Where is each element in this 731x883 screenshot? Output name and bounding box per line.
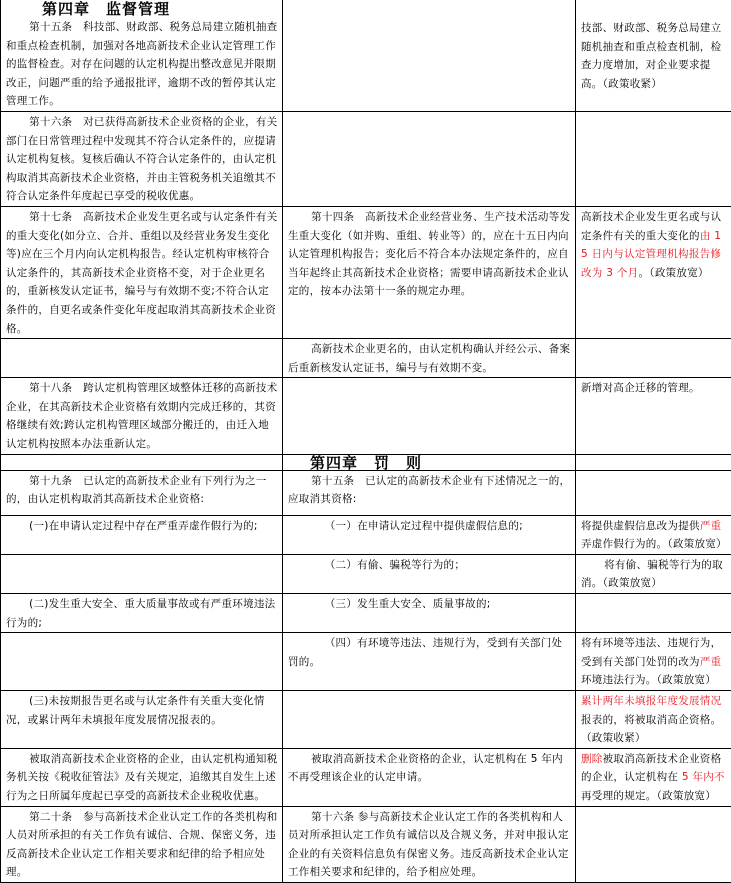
note-cell: [576, 470, 731, 515]
table-row: （四）有环境等违法、违规行为，受到有关部门处罚的。 将有环境等违法、违规行为，受…: [1, 633, 731, 691]
table-row: 第十九条 已认定的高新技术企业有下列行为之一的，由认定机构取消其高新技术企业资格…: [1, 470, 731, 515]
note-cell: [576, 454, 731, 470]
note-cell: 新增对高企迁移的管理。: [576, 378, 731, 454]
table-row: 第十八条 跨认定机构管理区域整体迁移的高新技术企业，在其高新技术企业资格有效期内…: [1, 378, 731, 454]
old-cell: [1, 454, 283, 470]
old-cell: 第四章 监督管理 第十五条 科技部、财政部、税务总局建立随机抽查和重点检查机制，…: [1, 0, 283, 111]
note-cell: [576, 339, 731, 378]
new-cell: [283, 111, 576, 206]
table-row: (三)未按期报告更名或与认定条件有关重大变化情况，或累计两年未填报年度发展情况报…: [1, 691, 731, 695]
table-row: (二)发生重大安全、重大质量事故或有严重环境违法行为的; （三）发生重大安全、质…: [1, 594, 731, 633]
table-row: 第四章 监督管理 第十五条 科技部、财政部、税务总局建立随机抽查和重点检查机制，…: [1, 0, 731, 111]
old-cell: 第十八条 跨认定机构管理区域整体迁移的高新技术企业，在其高新技术企业资格有效期内…: [1, 378, 283, 454]
policy-comparison-table: 第四章 监督管理 第十五条 科技部、财政部、税务总局建立随机抽查和重点检查机制，…: [0, 0, 731, 694]
note-text: 环境违法行为。（政策放宽）: [581, 674, 716, 686]
table-row: （二）有偷、骗税等行为的； 将有偷、骗税等行为的取消。（政策放宽）: [1, 554, 731, 593]
new-cell: [283, 691, 576, 695]
old-cell: [1, 339, 283, 378]
table-row: 第四章 罚 则: [1, 454, 731, 470]
note-highlight: 严重: [700, 520, 722, 532]
new-cell: （一）在申请认定过程中提供虚假信息的;: [283, 515, 576, 554]
new-cell: [283, 378, 576, 454]
note-cell: 高新技术企业发生更名或与认定条件有关的重大变化的由 15 日内与认定管理机构报告…: [576, 206, 731, 338]
table-row: (一)在申请认定过程中存在严重弄虚作假行为的; （一）在申请认定过程中提供虚假信…: [1, 515, 731, 554]
chapter-heading-supervision: 第四章 监督管理: [6, 1, 278, 18]
table-row: 第十七条 高新技术企业发生更名或与认定条件有关的重大变化(如分立、合并、重组以及…: [1, 206, 731, 338]
table-row: 第十六条 对已获得高新技术企业资格的企业，有关部门在日常管理过程中发现其不符合认…: [1, 111, 731, 206]
new-cell: 第四章 罚 则: [283, 454, 576, 470]
note-cell: 将有偷、骗税等行为的取消。（政策放宽）: [576, 554, 731, 593]
note-cell: 将提供虚假信息改为提供严重弄虚作假行为的。（政策放宽）: [576, 515, 731, 554]
note-cell: 技部、财政部、税务总局建立随机抽查和重点检查机制，检查力度增加，对企业要求提高。…: [576, 0, 731, 111]
old-article-text: 第十五条 科技部、财政部、税务总局建立随机抽查和重点检查机制，加强对各地高新技术…: [6, 18, 278, 111]
old-cell: [1, 633, 283, 691]
old-cell: 第十七条 高新技术企业发生更名或与认定条件有关的重大变化(如分立、合并、重组以及…: [1, 206, 283, 338]
note-cell: [576, 594, 731, 633]
new-cell: 高新技术企业更名的，由认定机构确认并经公示、备案后重新核发认定证书，编号与有效期…: [283, 339, 576, 378]
note-text: 弄虚作假行为的。（政策放宽）: [581, 538, 727, 550]
old-cell: [1, 554, 283, 593]
table-row: 高新技术企业更名的，由认定机构确认并经公示、备案后重新核发认定证书，编号与有效期…: [1, 339, 731, 378]
new-cell: 第十五条 已认定的高新技术企业有下述情况之一的，应取消其资格:: [283, 470, 576, 515]
note-cell: 累计两年未填报年度发展情况报表的，将被取消高企资格。（政策收紧）: [576, 691, 731, 695]
old-cell: (三)未按期报告更名或与认定条件有关重大变化情况，或累计两年未填报年度发展情况报…: [1, 691, 283, 695]
new-cell: （三）发生重大安全、质量事故的;: [283, 594, 576, 633]
note-text: 。（政策放宽）: [638, 267, 708, 279]
new-cell: （四）有环境等违法、违规行为，受到有关部门处罚的。: [283, 633, 576, 691]
chapter-heading-penalty: 第四章 罚 则: [288, 456, 571, 470]
old-cell: (二)发生重大安全、重大质量事故或有严重环境违法行为的;: [1, 594, 283, 633]
note-cell: [576, 111, 731, 206]
note-cell: 将有环境等违法、违规行为，受到有关部门处罚的改为严重环境违法行为。（政策放宽）: [576, 633, 731, 691]
note-text: 将提供虚假信息改为提供: [581, 520, 700, 532]
old-cell: (一)在申请认定过程中存在严重弄虚作假行为的;: [1, 515, 283, 554]
new-cell: 第十四条 高新技术企业经营业务、生产技术活动等发生重大变化（如并购、重组、转业等…: [283, 206, 576, 338]
new-cell: （二）有偷、骗税等行为的；: [283, 554, 576, 593]
note-highlight: 严重: [700, 656, 722, 668]
old-cell: 第十九条 已认定的高新技术企业有下列行为之一的，由认定机构取消其高新技术企业资格…: [1, 470, 283, 515]
new-cell: [283, 0, 576, 111]
old-cell: 第十六条 对已获得高新技术企业资格的企业，有关部门在日常管理过程中发现其不符合认…: [1, 111, 283, 206]
